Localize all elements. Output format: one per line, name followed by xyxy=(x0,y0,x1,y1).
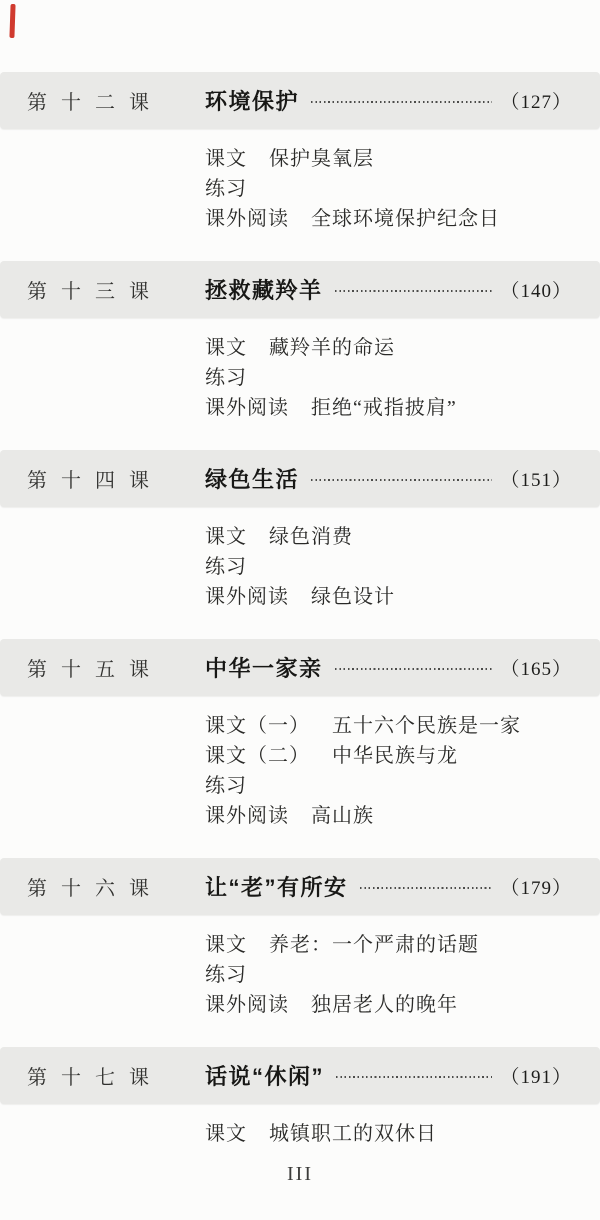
lesson-items: 课文（一） 五十六个民族是一家 课文（二） 中华民族与龙 练习 课外阅读 高山族 xyxy=(205,711,600,831)
item-text: 保护臭氧层 xyxy=(269,144,374,174)
item-text: 独居老人的晚年 xyxy=(311,990,458,1020)
item-label: 课外阅读 xyxy=(205,990,289,1020)
lesson-items: 课文 养老：一个严肃的话题 练习 课外阅读 独居老人的晚年 xyxy=(205,930,600,1020)
page-footer: III xyxy=(0,1163,600,1186)
item-label: 课文 xyxy=(205,333,247,363)
item-label: 课文 xyxy=(205,144,247,174)
dotted-leader xyxy=(311,479,492,481)
page-number: （151） xyxy=(500,465,572,492)
toc-item: 课文 绿色消费 xyxy=(205,522,600,552)
toc-item: 练习 xyxy=(205,771,600,801)
lesson-items: 课文 绿色消费 练习 课外阅读 绿色设计 xyxy=(205,522,600,612)
item-label: 课外阅读 xyxy=(205,393,289,423)
toc-item: 课外阅读 高山族 xyxy=(205,801,600,831)
lesson-items: 课文 藏羚羊的命运 练习 课外阅读 拒绝“戒指披肩” xyxy=(205,333,600,423)
toc-item: 课文（二） 中华民族与龙 xyxy=(205,741,600,771)
toc-section: 第十六课 让“老”有所安 （179） 课文 养老：一个严肃的话题 练习 课外阅读… xyxy=(0,858,600,1020)
lesson-number: 第十六课 xyxy=(27,872,205,901)
lesson-header-band: 第十五课 中华一家亲 （165） xyxy=(0,639,600,696)
item-text: 高山族 xyxy=(311,801,374,831)
item-label: 课外阅读 xyxy=(205,204,289,234)
dotted-leader xyxy=(335,290,493,292)
toc-item: 练习 xyxy=(205,552,600,582)
dotted-leader xyxy=(311,101,492,103)
item-text: 养老：一个严肃的话题 xyxy=(269,930,479,960)
lesson-title: 话说“休闲” xyxy=(205,1060,324,1091)
dotted-leader xyxy=(335,668,493,670)
toc-section: 第十七课 话说“休闲” （191） 课文 城镇职工的双休日 xyxy=(0,1047,600,1149)
toc-section: 第十二课 环境保护 （127） 课文 保护臭氧层 练习 课外阅读 全球环境保护纪… xyxy=(0,72,600,234)
lesson-number: 第十三课 xyxy=(27,275,205,304)
lesson-header-band: 第十三课 拯救藏羚羊 （140） xyxy=(0,261,600,318)
toc-item: 课文 藏羚羊的命运 xyxy=(205,333,600,363)
item-text: 绿色消费 xyxy=(269,522,353,552)
item-text: 拒绝“戒指披肩” xyxy=(311,393,457,423)
item-label: 课文（一） xyxy=(205,711,310,741)
table-of-contents: 第十二课 环境保护 （127） 课文 保护臭氧层 练习 课外阅读 全球环境保护纪… xyxy=(0,72,600,1176)
lesson-header-band: 第十四课 绿色生活 （151） xyxy=(0,450,600,507)
lesson-title: 让“老”有所安 xyxy=(205,871,348,902)
item-label: 练习 xyxy=(205,771,247,801)
item-text: 城镇职工的双休日 xyxy=(269,1119,437,1149)
lesson-header-band: 第十七课 话说“休闲” （191） xyxy=(0,1047,600,1104)
item-text: 五十六个民族是一家 xyxy=(332,711,521,741)
toc-item: 课文 养老：一个严肃的话题 xyxy=(205,930,600,960)
item-text: 中华民族与龙 xyxy=(332,741,458,771)
toc-item: 课外阅读 绿色设计 xyxy=(205,582,600,612)
item-label: 课外阅读 xyxy=(205,582,289,612)
lesson-items: 课文 城镇职工的双休日 xyxy=(205,1119,600,1149)
toc-item: 课外阅读 独居老人的晚年 xyxy=(205,990,600,1020)
lesson-items: 课文 保护臭氧层 练习 课外阅读 全球环境保护纪念日 xyxy=(205,144,600,234)
lesson-number: 第十五课 xyxy=(27,653,205,682)
toc-item: 练习 xyxy=(205,960,600,990)
dotted-leader xyxy=(336,1076,492,1078)
dotted-leader xyxy=(360,887,493,889)
lesson-title: 环境保护 xyxy=(205,85,299,116)
item-label: 练习 xyxy=(205,552,247,582)
item-text: 藏羚羊的命运 xyxy=(269,333,395,363)
item-label: 课文 xyxy=(205,522,247,552)
page-number: （165） xyxy=(500,654,572,681)
toc-item: 课外阅读 拒绝“戒指披肩” xyxy=(205,393,600,423)
item-text: 绿色设计 xyxy=(311,582,395,612)
item-label: 课文 xyxy=(205,1119,247,1149)
toc-item: 课文 保护臭氧层 xyxy=(205,144,600,174)
toc-section: 第十五课 中华一家亲 （165） 课文（一） 五十六个民族是一家 课文（二） 中… xyxy=(0,639,600,831)
lesson-header-band: 第十二课 环境保护 （127） xyxy=(0,72,600,129)
lesson-title: 中华一家亲 xyxy=(205,652,323,683)
item-label: 课外阅读 xyxy=(205,801,289,831)
lesson-number: 第十四课 xyxy=(27,464,205,493)
item-label: 课文 xyxy=(205,930,247,960)
toc-item: 练习 xyxy=(205,174,600,204)
lesson-number: 第十七课 xyxy=(27,1061,205,1090)
page-number: （179） xyxy=(500,873,572,900)
page-number: （127） xyxy=(500,87,572,114)
page-number: （140） xyxy=(500,276,572,303)
lesson-title: 绿色生活 xyxy=(205,463,299,494)
toc-item: 课文（一） 五十六个民族是一家 xyxy=(205,711,600,741)
item-label: 课文（二） xyxy=(205,741,310,771)
red-ink-mark xyxy=(9,4,15,38)
item-label: 练习 xyxy=(205,960,247,990)
item-label: 练习 xyxy=(205,174,247,204)
toc-section: 第十四课 绿色生活 （151） 课文 绿色消费 练习 课外阅读 绿色设计 xyxy=(0,450,600,612)
toc-section: 第十三课 拯救藏羚羊 （140） 课文 藏羚羊的命运 练习 课外阅读 拒绝“戒指… xyxy=(0,261,600,423)
item-label: 练习 xyxy=(205,363,247,393)
item-text: 全球环境保护纪念日 xyxy=(311,204,500,234)
toc-item: 课文 城镇职工的双休日 xyxy=(205,1119,600,1149)
toc-item: 课外阅读 全球环境保护纪念日 xyxy=(205,204,600,234)
lesson-header-band: 第十六课 让“老”有所安 （179） xyxy=(0,858,600,915)
page-number: （191） xyxy=(500,1062,572,1089)
lesson-title: 拯救藏羚羊 xyxy=(205,274,323,305)
toc-item: 练习 xyxy=(205,363,600,393)
lesson-number: 第十二课 xyxy=(27,86,205,115)
